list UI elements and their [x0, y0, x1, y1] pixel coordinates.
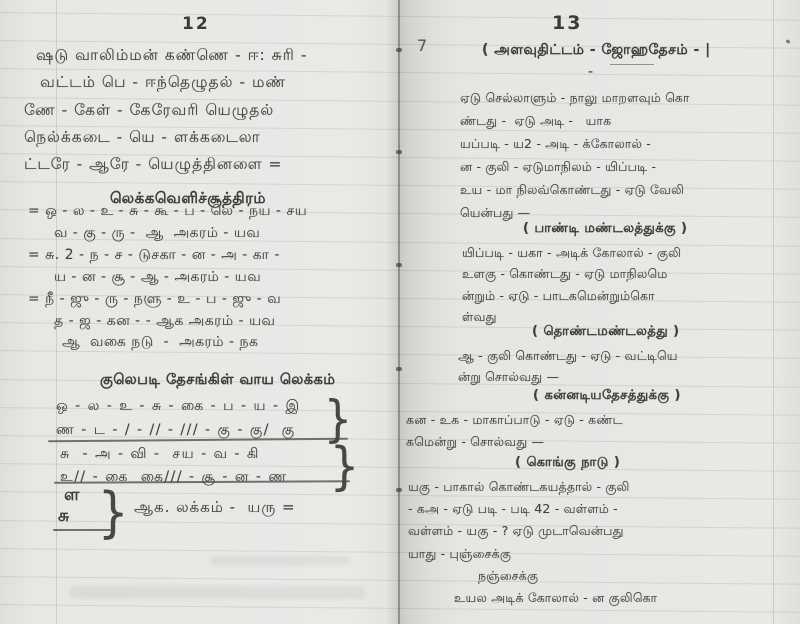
section-heading-pandi: ( பாண்டி மண்டலத்துக்கு ): [523, 221, 688, 237]
notebook-scan: 12 ஷடு வாலிம்மன் கண்ணெ - ஈ: சுரி -வட்டம்…: [0, 0, 800, 624]
handwritten-line: யிப்படி - யகா - அடிக் கோலால் - குலி: [462, 242, 681, 263]
section-lines-pandi: யிப்படி - யகா - அடிக் கோலால் - குலிஉளகு …: [462, 242, 681, 327]
handwritten-line: ஆ - குலி கொண்டது - ஏடு - வட்டியெ: [458, 345, 678, 366]
handwritten-line: = ஒ - ல - உ - சு - கூ - ப - லெ - நய - சய: [28, 201, 307, 223]
handwritten-line: ஷடு வாலிம்மன் கண்ணெ - ஈ: சுரி -: [36, 42, 307, 69]
handwritten-line: ன்றும் - ஏடு - பாடகமென்றும்கொ: [462, 285, 681, 306]
brace-icon: }: [98, 481, 129, 544]
title-dash: -: [588, 64, 593, 80]
ruled-line: [0, 576, 800, 585]
handwritten-line: = சு. 2 - ந - ச - டுசகா - ன - அ - கா -: [28, 245, 307, 267]
table-row-group-1: ஒ - ல - உ - சு - கை - ப - ய - இண - ட - /…: [56, 394, 301, 442]
handwritten-line: உயல அடிக் கோலால் - ன குலிகொ: [454, 587, 657, 609]
right-intro-paragraph: ஏடு செல்லாளும் - நாலு மாறளவும் கொண்டது -…: [460, 86, 690, 224]
handwritten-line: கன - உக - மாகாப்பாடு - ஏடு - கண்ட: [406, 409, 623, 431]
handwritten-line: வ - கு - ரு - ஆ அகரம் - யவ: [54, 223, 307, 245]
ruled-line: [0, 604, 800, 613]
margin-crease-right: [773, 0, 774, 624]
section-heading-kannadiya: ( கன்னடியதேசத்துக்கு ): [533, 388, 681, 404]
page-number-right: 13: [552, 12, 582, 34]
handwritten-line: யகு - பாகால் கொண்டகயத்தால் - குலி: [408, 476, 657, 498]
total-stack-top: ள: [64, 485, 79, 507]
handwritten-line: - கஅ - ஏடு படி - படி 42 - வள்ளம் -: [408, 498, 657, 520]
page-number-left: 12: [182, 14, 210, 34]
section-lines-thonda: ஆ - குலி கொண்டது - ஏடு - வட்டியென்று சொல…: [458, 345, 678, 387]
table-total: ஆக. லக்கம் - யரு =: [134, 498, 296, 518]
handwritten-line: ய - ன - சூ - ஆ - அகரம் - யவ: [54, 267, 307, 289]
handwritten-line: ன - குலி - ஏடுமாநிலம் - யிப்படி -: [460, 155, 690, 178]
handwritten-line: ன்று சொல்வது —: [458, 366, 678, 387]
table-heading: குலெபடி தேசங்கிள் வாய லெக்கம்: [100, 372, 335, 390]
handwritten-line: ண்டது - ஏடு அடி - யாக: [460, 109, 690, 132]
title-underline: [610, 64, 654, 65]
stitch-mark: [396, 263, 402, 267]
handwritten-line: சு - அ - வி - சய - வ - கி: [60, 443, 288, 466]
handwritten-line: ஆ வகை நடு - அகரம் - நக: [62, 332, 307, 354]
stitch-mark: [396, 150, 402, 154]
handwritten-line: வட்டம் பெ - ஈந்தெழுதல் - மண்: [40, 69, 307, 96]
section-heading-kongu: ( கொங்கு நாடு ): [515, 455, 620, 471]
handwritten-line: வள்ளம் - யகு - ? ஏடு முடாவென்பது: [408, 520, 657, 542]
handwritten-line: = நீ - ஜு - ரு - நளு - உ - ப - ஜு - வ: [28, 289, 307, 311]
handwritten-line: உய - மா நிலவ்கொண்டது - ஏடு வேலி: [460, 178, 690, 201]
stitch-mark: [396, 367, 402, 371]
handwritten-line: உளகு - கொண்டது - ஏடு மாநிலமெ: [462, 263, 681, 284]
handwritten-line: ணே - கேள் - கேரேவரி யெழுதல்: [24, 97, 307, 124]
section-lines-kannadiya: கன - உக - மாகாப்பாடு - ஏடு - கண்டகமென்று…: [406, 409, 623, 452]
bleed-through-smudge: [70, 586, 365, 599]
handwritten-line: கமென்று - சொல்வது —: [406, 431, 623, 453]
brace-icon: }: [330, 437, 360, 497]
total-stack-bottom: சு: [58, 506, 69, 528]
ink-underline: [53, 529, 111, 531]
binding-seam: [398, 0, 400, 624]
right-page-title: ( அளவுதிட்டம் - ஜோஹதேசம் - |: [482, 42, 711, 60]
handwritten-line: ஒ - ல - உ - சு - கை - ப - ய - இ: [56, 394, 301, 418]
handwritten-line: யப்படி - ய2 - அடி - க்கோலால் -: [460, 132, 690, 155]
handwritten-line: ட்டரே - ஆரே - யெழுத்தினளை =: [24, 151, 307, 178]
handwritten-line: நஞ்சைக்கு: [478, 565, 657, 587]
ruled-line: [0, 12, 800, 21]
handwritten-line: நெல்க்கடை - யெ - ளக்கடைலா: [24, 124, 307, 151]
bleed-through-smudge: [210, 556, 350, 565]
ruled-line: [0, 548, 800, 557]
margin-number: 7: [417, 36, 427, 55]
section-heading-thonda: ( தொண்டமண்டலத்து ): [532, 324, 680, 340]
handwritten-line: ஏடு செல்லாளும் - நாலு மாறளவும் கொ: [460, 86, 690, 109]
handwritten-line: யாது - புஞ்சைக்கு: [408, 543, 657, 565]
left-intro-paragraph: ஷடு வாலிம்மன் கண்ணெ - ஈ: சுரி -வட்டம் பெ…: [24, 42, 307, 178]
stitch-mark: [396, 48, 402, 52]
sutra-lines: = ஒ - ல - உ - சு - கூ - ப - லெ - நய - சய…: [28, 201, 307, 354]
section-lines-kongu: யகு - பாகால் கொண்டகயத்தால் - குலி- கஅ - …: [408, 476, 657, 609]
handwritten-line: உ// - கை கை/// - சூ - ன - ண: [60, 466, 288, 489]
handwritten-line: த - ஜ - கன - - ஆக அகரம் - யவ: [54, 311, 307, 333]
stitch-mark: [396, 488, 402, 492]
